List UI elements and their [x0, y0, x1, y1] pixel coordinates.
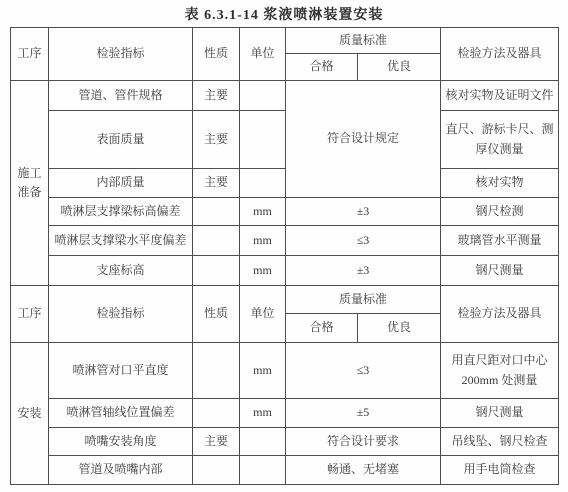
cell-nature: 主要 [193, 428, 240, 456]
header-cell-method: 检验方法及器具 [441, 28, 559, 81]
table-row: 喷淋层支撑梁标高偏差 mm ±3 钢尺检测 [11, 198, 559, 226]
cell-method: 玻璃管水平测量 [441, 226, 559, 256]
cell-method: 核对实物及证明文件 [441, 81, 559, 111]
table-row: 安装 喷淋管对口平直度 mm ≤3 用直尺距对口中心 200mm 处测量 [11, 343, 559, 399]
cell-method: 钢尺测量 [441, 399, 559, 428]
cell-unit [240, 169, 286, 198]
cell-standard: ≤3 [286, 343, 441, 399]
cell-indicator: 支座标高 [49, 256, 193, 286]
cell-nature [193, 226, 240, 256]
cell-indicator: 喷嘴安装角度 [49, 428, 193, 456]
cell-method: 钢尺检测 [441, 198, 559, 226]
table-row: 喷淋管轴线位置偏差 mm ±5 钢尺测量 [11, 399, 559, 428]
table-row: 喷嘴安装角度 主要 符合设计要求 吊线坠、钢尺检查 [11, 428, 559, 456]
cell-standard: ±3 [286, 256, 441, 286]
table-row: 内部质量 主要 核对实物 [11, 169, 559, 198]
table-row: 管道及喷嘴内部 畅通、无堵塞 用手电筒检查 [11, 456, 559, 485]
cell-process-group: 安装 [11, 343, 49, 485]
cell-unit [240, 428, 286, 456]
cell-indicator: 喷淋层支撑梁标高偏差 [49, 198, 193, 226]
cell-unit: mm [240, 399, 286, 428]
cell-nature: 主要 [193, 111, 240, 169]
cell-indicator: 管道、管件规格 [49, 81, 193, 111]
cell-method: 核对实物 [441, 169, 559, 198]
cell-indicator: 喷淋管轴线位置偏差 [49, 399, 193, 428]
cell-method: 吊线坠、钢尺检查 [441, 428, 559, 456]
header-cell-nature: 性质 [193, 28, 240, 81]
table-title: 表 6.3.1-14 浆液喷淋装置安装 [0, 4, 568, 24]
header-cell-excellent: 优良 [358, 54, 441, 81]
header-cell-qualified: 合格 [286, 54, 358, 81]
document-page: 表 6.3.1-14 浆液喷淋装置安装 工序 检验指标 性质 单位 质量标准 检… [0, 0, 568, 492]
cell-nature [193, 343, 240, 399]
header-cell-quality-standard: 质量标准 [286, 28, 441, 54]
cell-method: 直尺、游标卡尺、测厚仪测量 [441, 111, 559, 169]
table-row: 支座标高 mm ±3 钢尺测量 [11, 256, 559, 286]
cell-standard: ±5 [286, 399, 441, 428]
cell-nature: 主要 [193, 81, 240, 111]
cell-standard: 符合设计要求 [286, 428, 441, 456]
header-cell-quality-standard: 质量标准 [286, 286, 441, 314]
table-row: 表面质量 主要 直尺、游标卡尺、测厚仪测量 [11, 111, 559, 169]
cell-indicator: 喷淋层支撑梁水平度偏差 [49, 226, 193, 256]
cell-standard-merged: 符合设计规定 [286, 81, 441, 198]
cell-unit: mm [240, 256, 286, 286]
cell-standard: ±3 [286, 198, 441, 226]
cell-nature [193, 399, 240, 428]
cell-unit: mm [240, 343, 286, 399]
cell-nature: 主要 [193, 169, 240, 198]
table-row: 喷淋层支撑梁水平度偏差 mm ≤3 玻璃管水平测量 [11, 226, 559, 256]
cell-unit [240, 456, 286, 485]
cell-method: 用直尺距对口中心 200mm 处测量 [441, 343, 559, 399]
cell-indicator: 内部质量 [49, 169, 193, 198]
cell-nature [193, 456, 240, 485]
cell-indicator: 管道及喷嘴内部 [49, 456, 193, 485]
header-cell-unit: 单位 [240, 28, 286, 81]
cell-indicator: 表面质量 [49, 111, 193, 169]
cell-standard: ≤3 [286, 226, 441, 256]
cell-method: 用手电筒检查 [441, 456, 559, 485]
header-row-1: 工序 检验指标 性质 单位 质量标准 检验方法及器具 [11, 286, 559, 314]
inspection-table: 工序 检验指标 性质 单位 质量标准 检验方法及器具 合格 优良 施工 准备 管… [10, 27, 559, 485]
header-cell-indicator: 检验指标 [49, 28, 193, 81]
cell-unit [240, 81, 286, 111]
cell-nature [193, 198, 240, 226]
cell-method: 钢尺测量 [441, 256, 559, 286]
header-cell-unit: 单位 [240, 286, 286, 343]
cell-standard: 畅通、无堵塞 [286, 456, 441, 485]
header-cell-process: 工序 [11, 28, 49, 81]
header-cell-process: 工序 [11, 286, 49, 343]
cell-indicator: 喷淋管对口平直度 [49, 343, 193, 399]
header-cell-nature: 性质 [193, 286, 240, 343]
cell-unit [240, 111, 286, 169]
cell-unit: mm [240, 226, 286, 256]
header-cell-excellent: 优良 [358, 314, 441, 343]
header-row-1: 工序 检验指标 性质 单位 质量标准 检验方法及器具 [11, 28, 559, 54]
header-cell-indicator: 检验指标 [49, 286, 193, 343]
cell-nature [193, 256, 240, 286]
header-cell-qualified: 合格 [286, 314, 358, 343]
table-row: 施工 准备 管道、管件规格 主要 符合设计规定 核对实物及证明文件 [11, 81, 559, 111]
header-cell-method: 检验方法及器具 [441, 286, 559, 343]
cell-unit: mm [240, 198, 286, 226]
cell-process-group: 施工 准备 [11, 81, 49, 286]
